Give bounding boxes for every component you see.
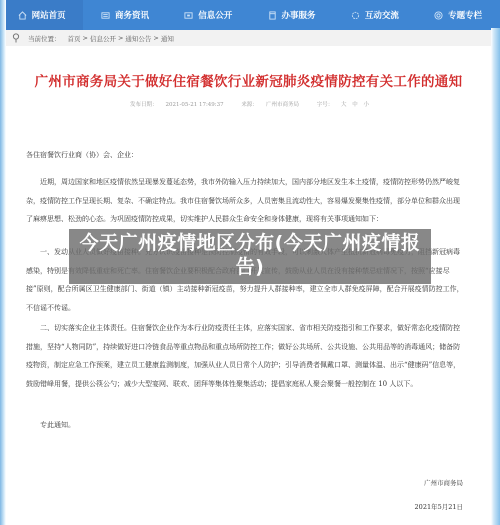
nav-item-label: 信息公开 (198, 9, 232, 21)
news-icon (101, 11, 110, 20)
scrollbar-track[interactable] (491, 28, 500, 525)
home-icon (18, 11, 27, 20)
font-size-control: 字号： 大 中 小 (313, 102, 371, 108)
article-greeting: 各住宿餐饮行业商（协）会、企业： (26, 146, 466, 165)
topic-icon (434, 11, 443, 20)
nav-item-label: 办事服务 (282, 9, 316, 21)
font-size-small-button[interactable]: 小 (364, 102, 370, 108)
nav-item-label: 商务资讯 (115, 9, 149, 21)
article-closing: 专此通知。 (40, 416, 480, 435)
main-nav: 网站首页 商务资讯 信息公开 办事服务 互动交流 专题专栏 (0, 0, 500, 30)
signature-date: 2021年5月21日 (415, 502, 463, 511)
breadcrumb: 当前位置： 首页 > 信息公开 > 通知公告 > 通知 (0, 30, 491, 46)
nav-item-news[interactable]: 商务资讯 (83, 0, 166, 30)
nav-item-info[interactable]: 信息公开 (167, 0, 250, 30)
left-frame-border (0, 0, 6, 525)
article-paragraph: 近期，周边国家和地区疫情依然呈现暴发蔓延态势，我市外防输入压力持续加大，国内部分… (26, 173, 466, 229)
nav-item-label: 专题专栏 (448, 9, 482, 21)
publish-date: 发布日期：2021-05-21 17:49:37 (126, 102, 228, 108)
headline-overlay-text: 今天广州疫情地区分布(今天广州疫情报告) (69, 231, 431, 279)
article: 广州市商务局关于做好住宿餐饮行业新冠肺炎疫情防控有关工作的通知 发布日期：202… (6, 46, 491, 525)
service-icon (268, 11, 277, 20)
nav-item-label: 互动交流 (365, 9, 399, 21)
font-size-large-button[interactable]: 大 (341, 102, 347, 108)
info-icon (184, 11, 193, 20)
font-size-medium-button[interactable]: 中 (352, 102, 358, 108)
nav-item-service[interactable]: 办事服务 (250, 0, 333, 30)
breadcrumb-separator: > (153, 34, 158, 42)
location-pin-icon (12, 33, 20, 43)
chat-icon (351, 11, 360, 20)
breadcrumb-info-link[interactable]: 信息公开 (90, 34, 116, 43)
article-meta: 发布日期：2021-05-21 17:49:37 来源：广州市商务局 字号： 大… (6, 100, 491, 108)
breadcrumb-separator: > (118, 34, 123, 42)
nav-item-interact[interactable]: 互动交流 (333, 0, 416, 30)
nav-item-topic[interactable]: 专题专栏 (416, 0, 499, 30)
article-paragraph: 二、切实落实企业主体责任。住宿餐饮企业作为本行业防疫责任主体，应落实国家、省市相… (26, 319, 466, 393)
breadcrumb-notice-link[interactable]: 通知公告 (125, 34, 151, 43)
breadcrumb-home-link[interactable]: 首页 (68, 34, 81, 43)
nav-item-label: 网站首页 (32, 9, 66, 21)
article-source: 来源：广州市商务局 (237, 102, 303, 108)
signature-org: 广州市商务局 (424, 478, 463, 487)
breadcrumb-label: 当前位置： (28, 34, 61, 43)
nav-item-home[interactable]: 网站首页 (0, 0, 83, 30)
breadcrumb-current[interactable]: 通知 (161, 34, 174, 43)
breadcrumb-separator: > (83, 34, 88, 42)
article-title: 广州市商务局关于做好住宿餐饮行业新冠肺炎疫情防控有关工作的通知 (6, 70, 491, 90)
